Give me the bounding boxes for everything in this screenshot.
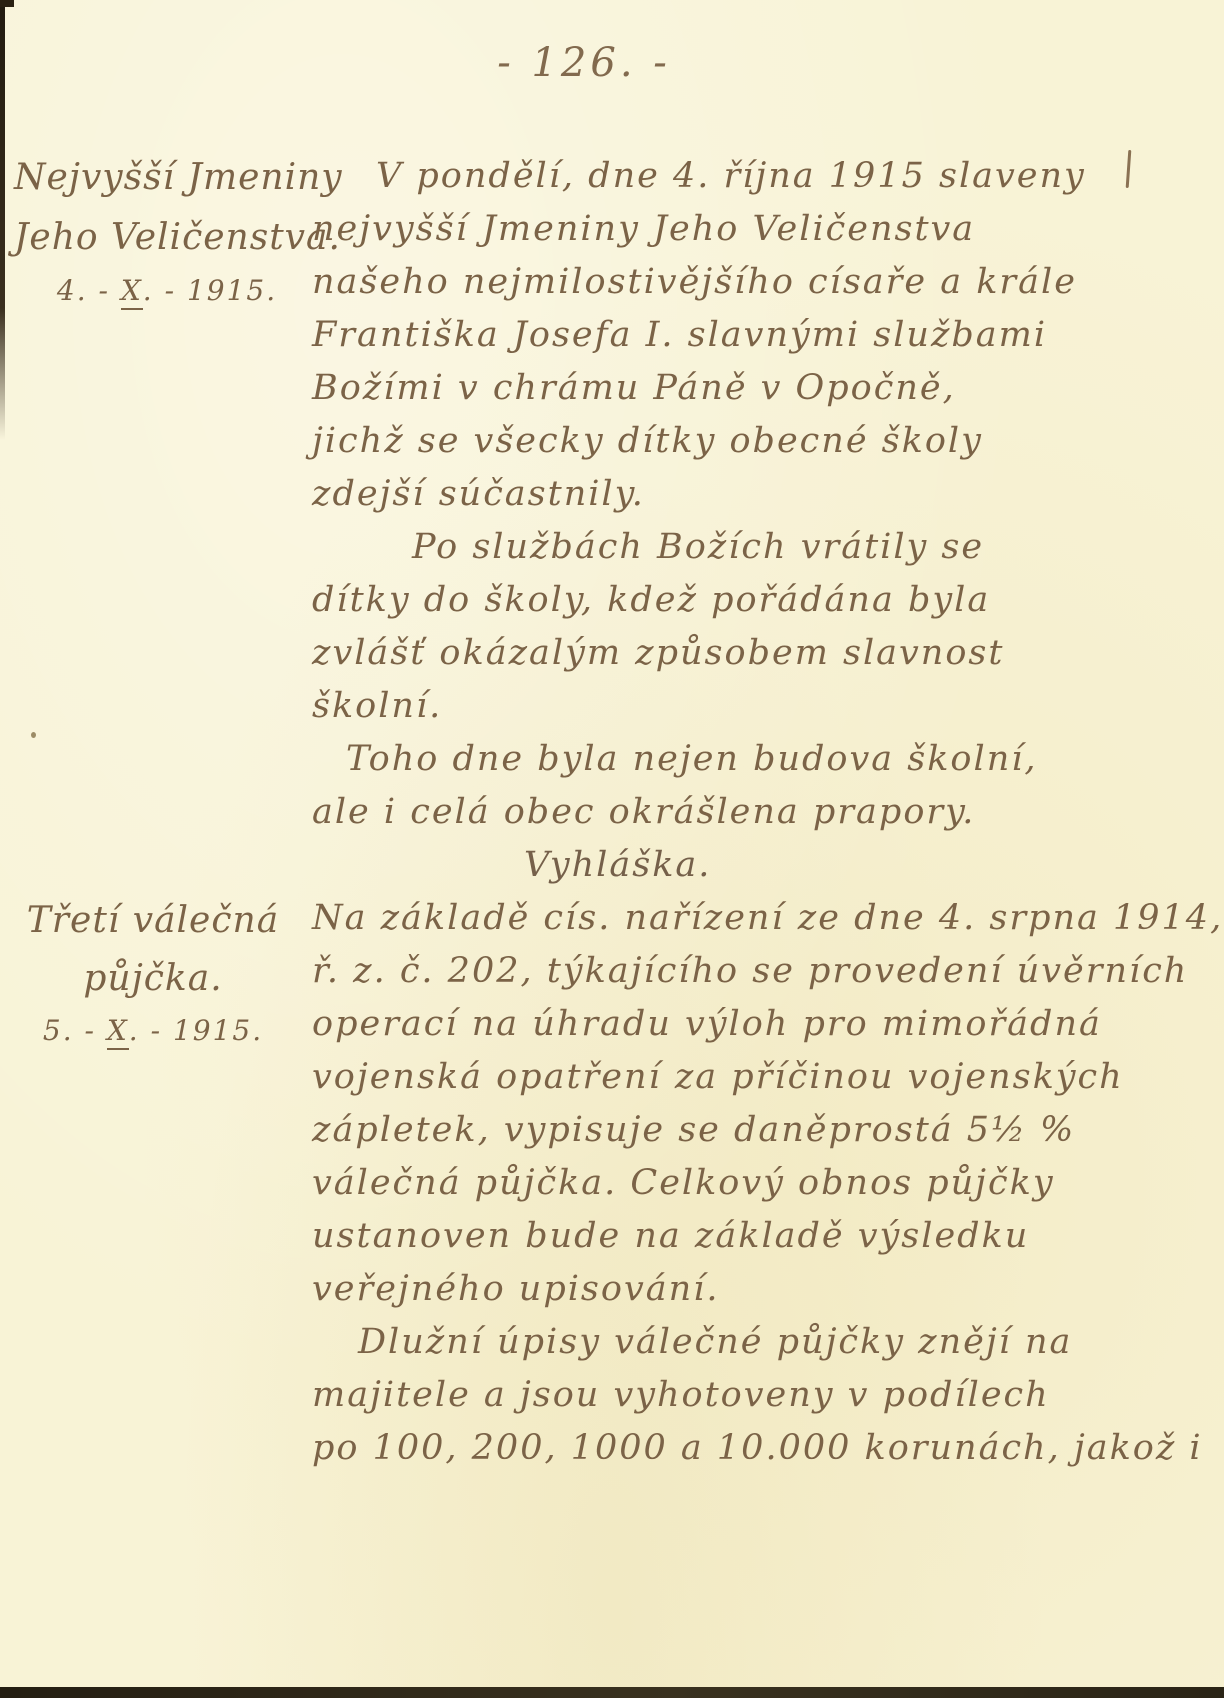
margin-note-date-prefix: 5. - xyxy=(43,1014,107,1047)
manuscript-line: Františka Josefa I. slavnými službami xyxy=(312,309,1112,362)
margin-note-date-prefix: 4. - xyxy=(57,274,121,307)
manuscript-line: Toho dne byla nejen budova školní, xyxy=(312,733,1112,786)
manuscript-line: zvlášť okázalým způsobem slavnost xyxy=(312,627,1112,680)
scan-edge-corner xyxy=(0,0,14,7)
manuscript-line: našeho nejmilostivějšího císaře a krále xyxy=(312,256,1112,309)
manuscript-line: veřejného upisování. xyxy=(312,1263,1112,1316)
margin-note-date-suffix: . - 1915. xyxy=(129,1014,263,1047)
margin-note-date: 5. - X. - 1915. xyxy=(18,1008,288,1054)
manuscript-line: po 100, 200, 1000 a 10.000 korunách, jak… xyxy=(312,1422,1112,1475)
margin-note-title-line: půjčka. xyxy=(18,950,288,1008)
manuscript-line: dítky do školy, kdež pořádána byla xyxy=(312,574,1112,627)
manuscript-line: zápletek, vypisuje se daněprostá 5½ % xyxy=(312,1104,1112,1157)
manuscript-line: válečná půjčka. Celkový obnos půjčky xyxy=(312,1157,1112,1210)
margin-note-title-line: Třetí válečná xyxy=(18,892,288,950)
section-heading-vyhlaska: Vyhláška. xyxy=(524,839,1112,892)
margin-note-title-line: Jeho Veličenstva. xyxy=(14,208,320,268)
margin-note-date-roman-month: X xyxy=(107,1014,129,1050)
manuscript-page: - 126. - Nejvyšší Jmeniny Jeho Veličenst… xyxy=(0,0,1224,1698)
manuscript-line: nejvyšší Jmeniny Jeho Veličenstva xyxy=(312,203,1112,256)
margin-note-date-roman-month: X xyxy=(121,274,143,310)
margin-note-date-suffix: . - 1915. xyxy=(143,274,277,307)
manuscript-line: zdejší súčastnily. xyxy=(312,468,1112,521)
manuscript-line: V pondělí, dne 4. října 1915 slaveny xyxy=(312,150,1112,203)
manuscript-body: V pondělí, dne 4. října 1915 slaveny nej… xyxy=(312,150,1112,1475)
manuscript-line: ale i celá obec okrášlena prapory. xyxy=(312,786,1112,839)
manuscript-line: Dlužní úpisy válečné půjčky znějí na xyxy=(312,1316,1112,1369)
manuscript-line: operací na úhradu výloh pro mimořádná xyxy=(312,998,1112,1051)
manuscript-line: majitele a jsou vyhotoveny v podílech xyxy=(312,1369,1112,1422)
margin-note-name-day: Nejvyšší Jmeniny Jeho Veličenstva. 4. - … xyxy=(14,148,320,314)
manuscript-line: ustanoven bude na základě výsledku xyxy=(312,1210,1112,1263)
manuscript-line: školní. xyxy=(312,680,1112,733)
manuscript-line: Na základě cís. nařízení ze dne 4. srpna… xyxy=(312,892,1112,945)
stray-ink-mark xyxy=(1126,150,1132,188)
ink-dot xyxy=(31,732,36,738)
page-number: - 126. - xyxy=(0,40,1196,86)
margin-note-war-loan: Třetí válečná půjčka. 5. - X. - 1915. xyxy=(18,892,288,1054)
scan-edge-bottom xyxy=(0,1687,1224,1698)
manuscript-line: ř. z. č. 202, týkajícího se provedení úv… xyxy=(312,945,1112,998)
manuscript-line: Po službách Božích vrátily se xyxy=(312,521,1112,574)
margin-note-date: 4. - X. - 1915. xyxy=(14,268,320,314)
manuscript-line: jichž se všecky dítky obecné školy xyxy=(312,415,1112,468)
manuscript-line: Božími v chrámu Páně v Opočně, xyxy=(312,362,1112,415)
manuscript-line: vojenská opatření za příčinou vojenských xyxy=(312,1051,1112,1104)
margin-note-title-line: Nejvyšší Jmeniny xyxy=(14,148,320,208)
